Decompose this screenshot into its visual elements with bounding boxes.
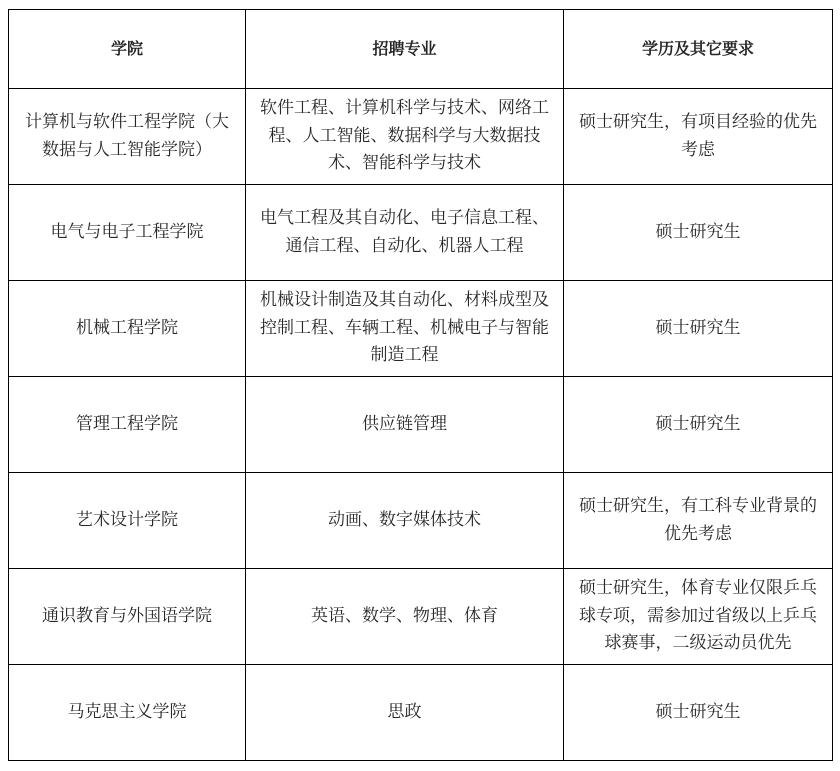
recruitment-table: 学院 招聘专业 学历及其它要求 计算机与软件工程学院（大数据与人工智能学院） 软… [8,9,833,761]
document-page: 学院 招聘专业 学历及其它要求 计算机与软件工程学院（大数据与人工智能学院） 软… [0,0,840,771]
header-college: 学院 [9,10,246,89]
table-row: 机械工程学院 机械设计制造及其自动化、材料成型及控制工程、车辆工程、机械电子与智… [9,281,833,377]
majors-cell: 机械设计制造及其自动化、材料成型及控制工程、车辆工程、机械电子与智能制造工程 [246,281,564,377]
college-cell: 机械工程学院 [9,281,246,377]
table-row: 艺术设计学院 动画、数字媒体技术 硕士研究生，有工科专业背景的优先考虑 [9,473,833,569]
majors-cell: 供应链管理 [246,377,564,473]
table-row: 管理工程学院 供应链管理 硕士研究生 [9,377,833,473]
table-row: 电气与电子工程学院 电气工程及其自动化、电子信息工程、通信工程、自动化、机器人工… [9,185,833,281]
requirements-cell: 硕士研究生 [564,377,833,473]
requirements-cell: 硕士研究生，体育专业仅限乒乓球专项，需参加过省级以上乒乓球赛事，二级运动员优先 [564,569,833,665]
college-cell: 电气与电子工程学院 [9,185,246,281]
majors-cell: 电气工程及其自动化、电子信息工程、通信工程、自动化、机器人工程 [246,185,564,281]
requirements-cell: 硕士研究生 [564,665,833,761]
table-row: 计算机与软件工程学院（大数据与人工智能学院） 软件工程、计算机科学与技术、网络工… [9,89,833,185]
requirements-cell: 硕士研究生，有工科专业背景的优先考虑 [564,473,833,569]
majors-cell: 动画、数字媒体技术 [246,473,564,569]
college-cell: 计算机与软件工程学院（大数据与人工智能学院） [9,89,246,185]
college-cell: 艺术设计学院 [9,473,246,569]
table-header-row: 学院 招聘专业 学历及其它要求 [9,10,833,89]
requirements-cell: 硕士研究生，有项目经验的优先考虑 [564,89,833,185]
majors-cell: 英语、数学、物理、体育 [246,569,564,665]
table-row: 通识教育与外国语学院 英语、数学、物理、体育 硕士研究生，体育专业仅限乒乓球专项… [9,569,833,665]
header-requirements: 学历及其它要求 [564,10,833,89]
college-cell: 管理工程学院 [9,377,246,473]
requirements-cell: 硕士研究生 [564,185,833,281]
college-cell: 马克思主义学院 [9,665,246,761]
header-majors: 招聘专业 [246,10,564,89]
table-row: 马克思主义学院 思政 硕士研究生 [9,665,833,761]
majors-cell: 思政 [246,665,564,761]
majors-cell: 软件工程、计算机科学与技术、网络工程、人工智能、数据科学与大数据技术、智能科学与… [246,89,564,185]
college-cell: 通识教育与外国语学院 [9,569,246,665]
requirements-cell: 硕士研究生 [564,281,833,377]
